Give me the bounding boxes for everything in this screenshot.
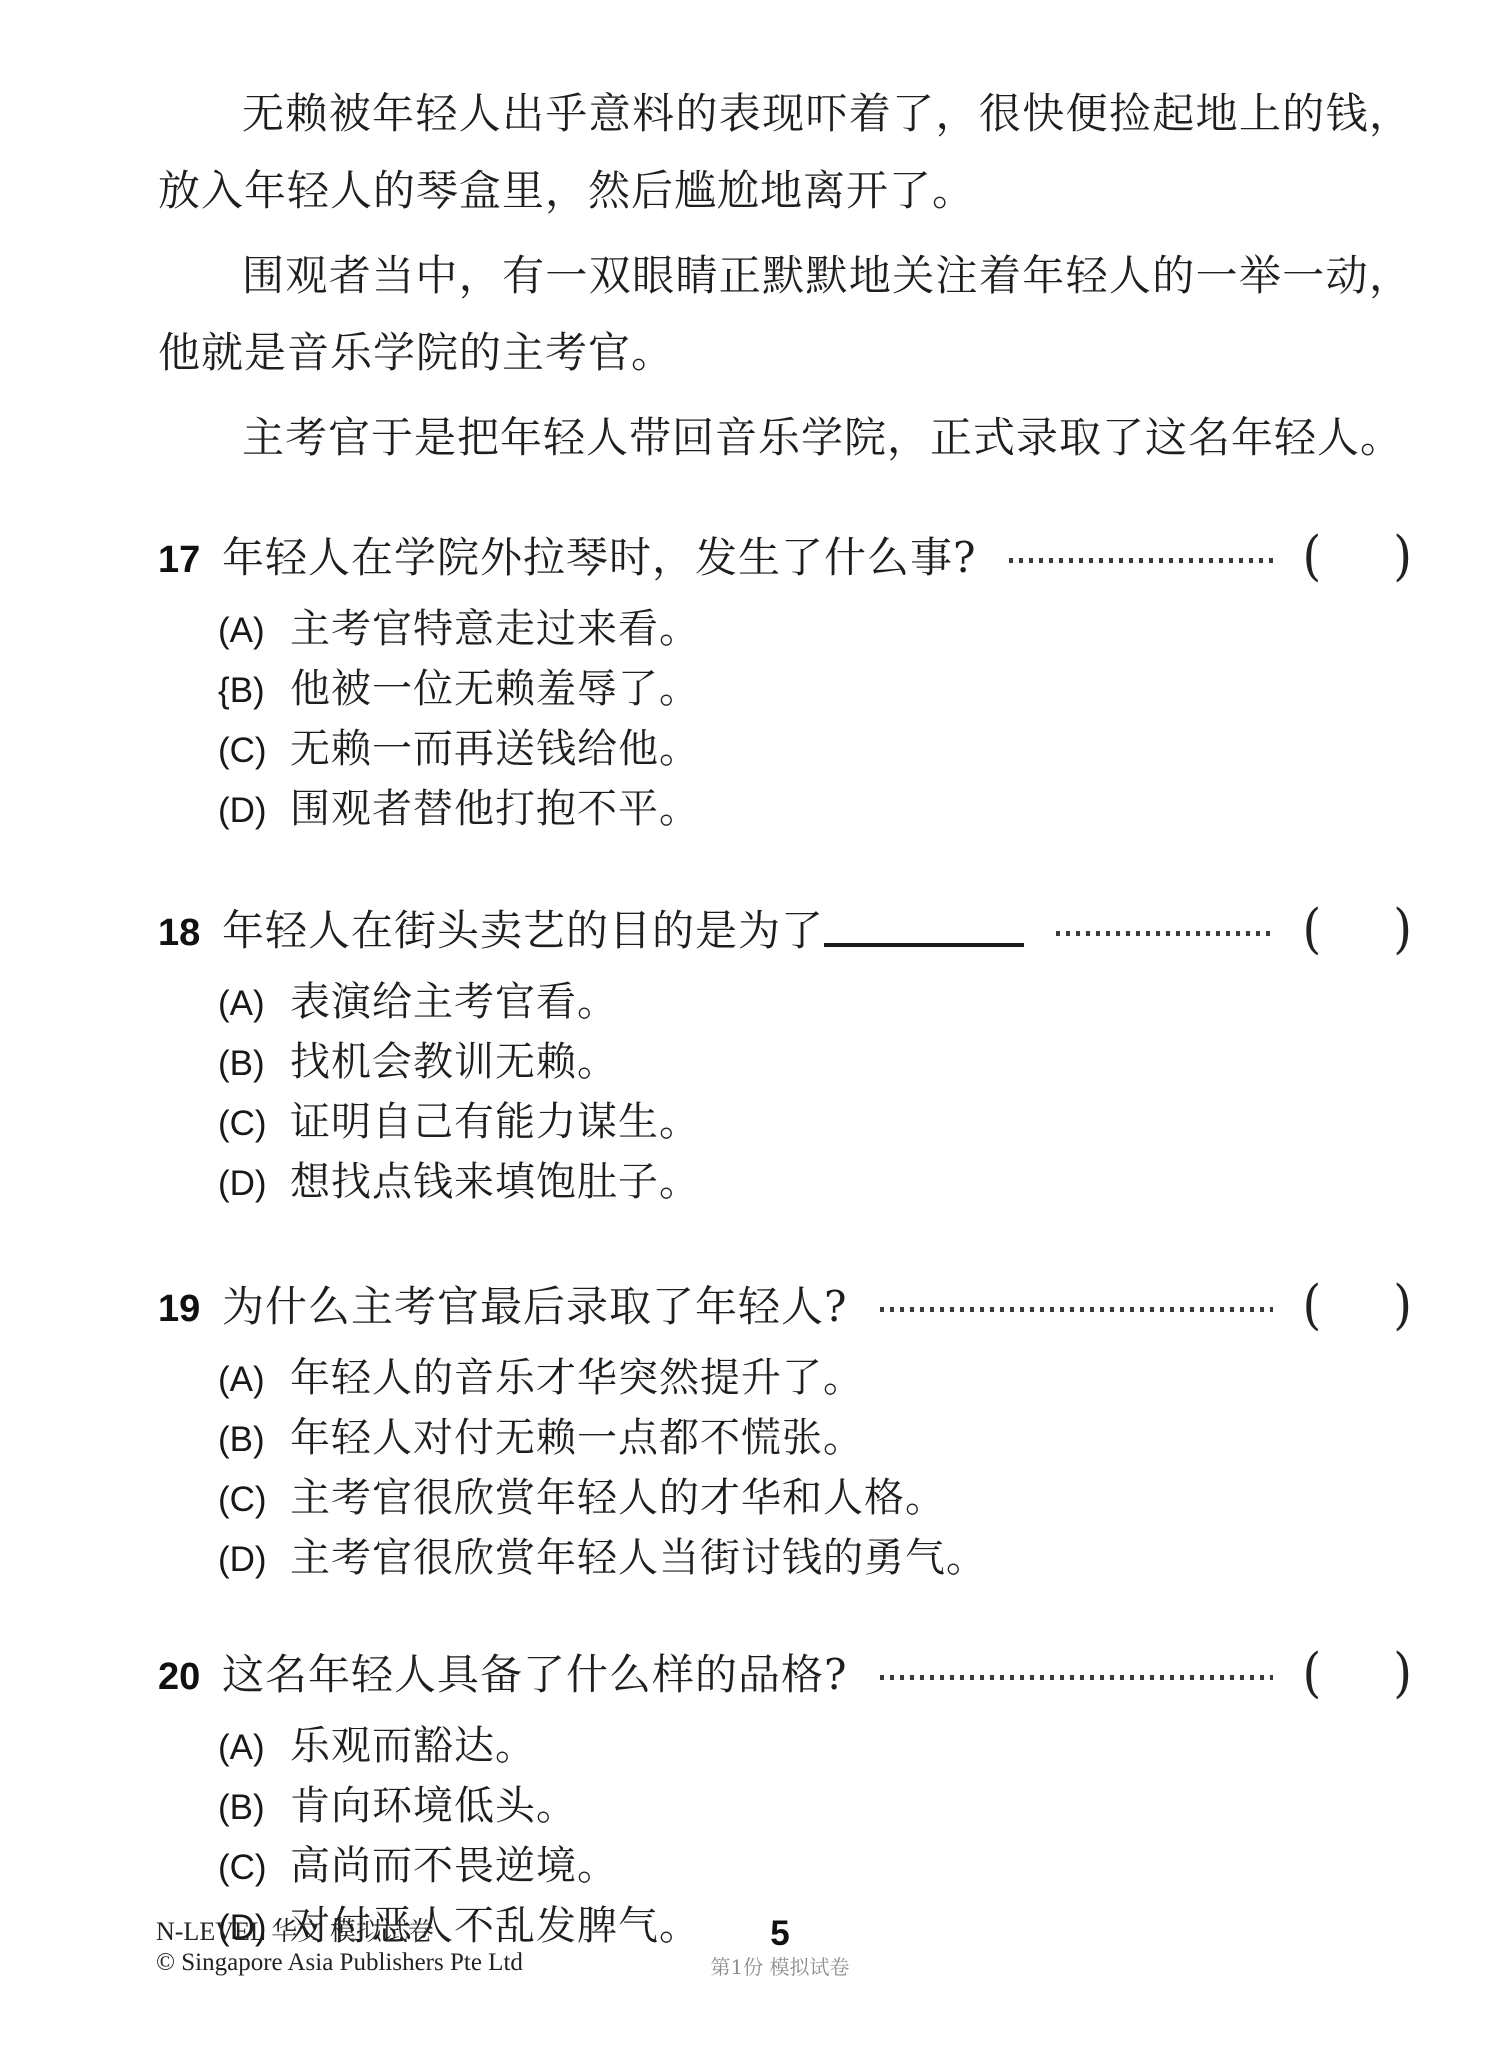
option-row: (D) 主考官很欣赏年轻人当街讨钱的勇气。 xyxy=(158,1529,1412,1589)
reading-passage: 无赖被年轻人出乎意料的表现吓着了，很快便捡起地上的钱，放入年轻人的琴盒里，然后尴… xyxy=(158,75,1412,476)
option-label: (C) xyxy=(218,1095,290,1153)
option-text: 年轻人对付无赖一点都不慌张。 xyxy=(290,1409,864,1467)
option-text: 表演给主考官看。 xyxy=(290,973,618,1031)
passage-paragraph: 主考官于是把年轻人带回音乐学院，正式录取了这名年轻人。 xyxy=(158,399,1412,476)
option-label: (A) xyxy=(218,975,290,1033)
question-text: 年轻人在学院外拉琴时，发生了什么事? xyxy=(222,534,977,582)
option-row: (B) 年轻人对付无赖一点都不慌张。 xyxy=(158,1409,1412,1469)
passage-paragraph: 围观者当中，有一双眼睛正默默地关注着年轻人的一举一动，他就是音乐学院的主考官。 xyxy=(158,237,1412,391)
option-text: 主考官很欣赏年轻人的才华和人格。 xyxy=(290,1469,946,1527)
footer-part-label: 第1份 模拟试卷 xyxy=(690,1954,870,1980)
question-19: 19 为什么主考官最后录取了年轻人? ( ) (A) 年轻人的音乐才华突然提升了… xyxy=(158,1281,1412,1589)
option-text: 主考官很欣赏年轻人当街讨钱的勇气。 xyxy=(290,1529,987,1587)
option-row: (D) 围观者替他打抱不平。 xyxy=(158,780,1412,840)
option-text: 想找点钱来填饱肚子。 xyxy=(290,1153,700,1211)
option-text: 年轻人的音乐才华突然提升了。 xyxy=(290,1349,864,1407)
option-label: (B) xyxy=(218,1411,290,1469)
option-row: (A) 表演给主考官看。 xyxy=(158,973,1412,1033)
question-number: 18 xyxy=(158,909,222,957)
option-label: (C) xyxy=(218,1471,290,1529)
option-text: 高尚而不畏逆境。 xyxy=(290,1837,618,1895)
question-number: 19 xyxy=(158,1285,222,1333)
page-number: 5 xyxy=(690,1916,870,1952)
answer-bracket-open: ( xyxy=(1303,529,1322,583)
answer-bracket-open: ( xyxy=(1303,1278,1322,1332)
option-row: (C) 无赖一而再送钱给他。 xyxy=(158,720,1412,780)
option-row: (B) 肯向环境低头。 xyxy=(158,1777,1412,1837)
dotted-leader xyxy=(880,1675,1273,1680)
option-row: {B) 他被一位无赖羞辱了。 xyxy=(158,660,1412,720)
option-label: (C) xyxy=(218,1839,290,1897)
question-heading: 20 这名年轻人具备了什么样的品格? ( ) xyxy=(158,1649,1412,1701)
option-label: (A) xyxy=(218,1351,290,1409)
question-heading: 19 为什么主考官最后录取了年轻人? ( ) xyxy=(158,1281,1412,1333)
question-heading: 18 年轻人在街头卖艺的目的是为了 ( ) xyxy=(158,905,1412,957)
option-label: (B) xyxy=(218,1779,290,1837)
question-heading: 17 年轻人在学院外拉琴时，发生了什么事? ( ) xyxy=(158,532,1412,584)
footer-series-title: N-LEVEL 华文 模拟试卷 xyxy=(156,1916,523,1948)
option-row: (A) 年轻人的音乐才华突然提升了。 xyxy=(158,1349,1412,1409)
question-text: 年轻人在街头卖艺的目的是为了 xyxy=(222,907,824,955)
footer-page-block: 5 第1份 模拟试卷 xyxy=(690,1916,870,1980)
answer-bracket-close: ) xyxy=(1393,529,1412,583)
question-number: 17 xyxy=(158,536,222,584)
option-label: {B) xyxy=(218,662,290,720)
dotted-leader xyxy=(1009,558,1273,563)
question-text: 为什么主考官最后录取了年轻人? xyxy=(222,1283,848,1331)
answer-bracket-close: ) xyxy=(1393,902,1412,956)
question-18: 18 年轻人在街头卖艺的目的是为了 ( ) (A) 表演给主考官看。 (B) 找… xyxy=(158,905,1412,1213)
option-row: (B) 找机会教训无赖。 xyxy=(158,1033,1412,1093)
dotted-leader xyxy=(880,1307,1273,1312)
option-text: 肯向环境低头。 xyxy=(290,1777,577,1835)
option-text: 乐观而豁达。 xyxy=(290,1717,536,1775)
option-label: (A) xyxy=(218,1719,290,1777)
option-label: (D) xyxy=(218,1155,290,1213)
option-text: 找机会教训无赖。 xyxy=(290,1033,618,1091)
option-row: (C) 主考官很欣赏年轻人的才华和人格。 xyxy=(158,1469,1412,1529)
option-row: (C) 证明自己有能力谋生。 xyxy=(158,1093,1412,1153)
option-label: (D) xyxy=(218,782,290,840)
answer-bracket-close: ) xyxy=(1393,1646,1412,1700)
question-number: 20 xyxy=(158,1653,222,1701)
footer-copyright: © Singapore Asia Publishers Pte Ltd xyxy=(156,1948,523,1978)
option-label: (D) xyxy=(218,1531,290,1589)
answer-bracket-close: ) xyxy=(1393,1278,1412,1332)
option-row: (C) 高尚而不畏逆境。 xyxy=(158,1837,1412,1897)
option-text: 无赖一而再送钱给他。 xyxy=(290,720,700,778)
answer-bracket-open: ( xyxy=(1303,1646,1322,1700)
option-text: 围观者替他打抱不平。 xyxy=(290,780,700,838)
option-row: (D) 想找点钱来填饱肚子。 xyxy=(158,1153,1412,1213)
option-label: (B) xyxy=(218,1035,290,1093)
option-row: (A) 乐观而豁达。 xyxy=(158,1717,1412,1777)
option-text: 主考官特意走过来看。 xyxy=(290,600,700,658)
exam-page: 无赖被年轻人出乎意料的表现吓着了，很快便捡起地上的钱，放入年轻人的琴盒里，然后尴… xyxy=(0,0,1504,2049)
option-label: (A) xyxy=(218,602,290,660)
dotted-leader xyxy=(1056,931,1273,936)
answer-bracket-open: ( xyxy=(1303,902,1322,956)
answer-blank-line xyxy=(824,943,1024,947)
option-text: 他被一位无赖羞辱了。 xyxy=(290,660,700,718)
footer-publisher-block: N-LEVEL 华文 模拟试卷 © Singapore Asia Publish… xyxy=(156,1916,523,1978)
passage-paragraph: 无赖被年轻人出乎意料的表现吓着了，很快便捡起地上的钱，放入年轻人的琴盒里，然后尴… xyxy=(158,75,1412,229)
option-label: (C) xyxy=(218,722,290,780)
question-17: 17 年轻人在学院外拉琴时，发生了什么事? ( ) (A) 主考官特意走过来看。… xyxy=(158,532,1412,840)
question-text: 这名年轻人具备了什么样的品格? xyxy=(222,1651,848,1699)
option-text: 证明自己有能力谋生。 xyxy=(290,1093,700,1151)
question-20: 20 这名年轻人具备了什么样的品格? ( ) (A) 乐观而豁达。 (B) 肯向… xyxy=(158,1649,1412,1957)
option-row: (A) 主考官特意走过来看。 xyxy=(158,600,1412,660)
